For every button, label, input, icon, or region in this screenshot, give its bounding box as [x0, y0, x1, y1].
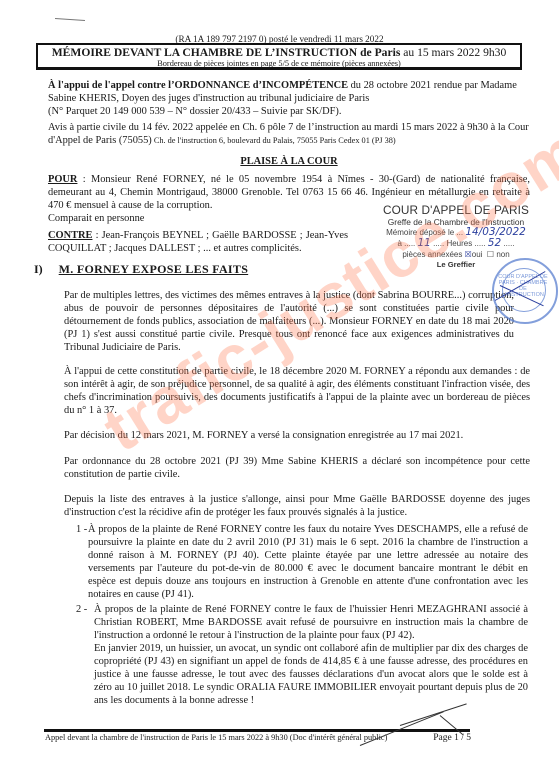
paragraph-5: Depuis la liste des entraves à la justic…: [64, 493, 530, 519]
stamp-oui: oui: [472, 250, 483, 259]
contre-label: CONTRE: [48, 230, 92, 241]
section-number: I): [34, 262, 43, 276]
appeal-references: (N° Parquet 20 149 000 539 – N° dossier …: [48, 106, 341, 117]
title-box: MÉMOIRE DEVANT LA CHAMBRE DE L’INSTRUCTI…: [36, 43, 522, 70]
section-title: M. FORNEY EXPOSE LES FAITS: [59, 262, 249, 276]
stamp-annexes-label: pièces annexées: [402, 250, 462, 259]
paragraph-4: Par ordonnance du 28 octobre 2021 (PJ 39…: [64, 455, 530, 481]
footer-rule: [44, 729, 470, 732]
page-number: Page 1 / 5: [433, 733, 471, 743]
stamp-minutes: 52: [488, 237, 501, 249]
footer-text: Appel devant la chambre de l'instruction…: [45, 733, 387, 743]
list-item-text: À propos de la plainte de René FORNEY co…: [88, 523, 528, 601]
list-item-number: 1 -: [76, 523, 87, 536]
notice-paragraph: Avis à partie civile du 14 fév. 2022 app…: [48, 121, 530, 147]
document-subtitle: Bordereau de pièces jointes en page 5/5 …: [38, 59, 520, 69]
contre-text: : Jean-François BEYNEL ; Gaëlle BARDOSSE…: [48, 230, 348, 254]
document-page: (RA 1A 189 797 2197 0) posté le vendredi…: [0, 0, 559, 768]
paragraph-3: Par décision du 12 mars 2021, M. FORNEY …: [64, 429, 534, 442]
checkbox-checked-icon: ☒: [465, 250, 472, 259]
comparait-text: Comparait en personne: [48, 213, 144, 224]
title-date: au 15 mars 2022 9h30: [400, 46, 506, 59]
stamp-greffe: Greffe de la Chambre de l'Instruction: [356, 217, 556, 227]
list-item-text: À propos de la plainte de René FORNEY co…: [94, 603, 528, 642]
stamp-at-label: à: [397, 239, 401, 248]
title-bold: MÉMOIRE DEVANT LA CHAMBRE DE L’INSTRUCTI…: [52, 46, 401, 59]
stamp-deposit-label: Mémoire déposé le: [386, 228, 454, 237]
plaise-heading: PLAISE À LA COUR: [48, 155, 530, 168]
contre-paragraph: CONTRE : Jean-François BEYNEL ; Gaëlle B…: [48, 229, 348, 255]
pour-label: POUR: [48, 174, 77, 185]
stamp-hours-label: Heures: [446, 239, 472, 248]
section-heading: I)M. FORNEY EXPOSE LES FAITS: [34, 262, 248, 277]
scan-mark: [55, 18, 85, 21]
list-item-1: 1 - À propos de la plainte de René FORNE…: [88, 523, 528, 601]
paragraph-1: Par de multiples lettres, des victimes d…: [64, 289, 514, 354]
notice-address: Ch. de l'instruction 6, boulevard du Pal…: [152, 136, 396, 145]
appeal-paragraph: À l'appui de l'appel contre l’ORDONNANCE…: [48, 79, 530, 118]
stamp-hour: 11: [418, 237, 431, 249]
stamp-court: COUR D'APPEL DE PARIS: [356, 203, 556, 217]
list-item-number: 2 -: [76, 603, 87, 616]
stamp-time-row: à ..... 11 ..... Heures ..... 52 .....: [356, 238, 556, 249]
stamp-non: non: [496, 250, 509, 259]
list-item-continuation: En janvier 2019, un huissier, un avocat,…: [94, 642, 528, 707]
list-item-2: 2 - À propos de la plainte de René FORNE…: [94, 603, 528, 707]
paragraph-2: À l'appui de cette constitution de parti…: [64, 365, 530, 417]
page-footer: Appel devant la chambre de l'instruction…: [45, 733, 471, 743]
appeal-bold: À l'appui de l'appel contre l’ORDONNANCE…: [48, 80, 348, 91]
document-title: MÉMOIRE DEVANT LA CHAMBRE DE L’INSTRUCTI…: [38, 46, 520, 59]
checkbox-empty-icon: ☐: [487, 250, 494, 259]
stamp-deposit-row: Mémoire déposé le ... 14/03/2022: [356, 227, 556, 238]
